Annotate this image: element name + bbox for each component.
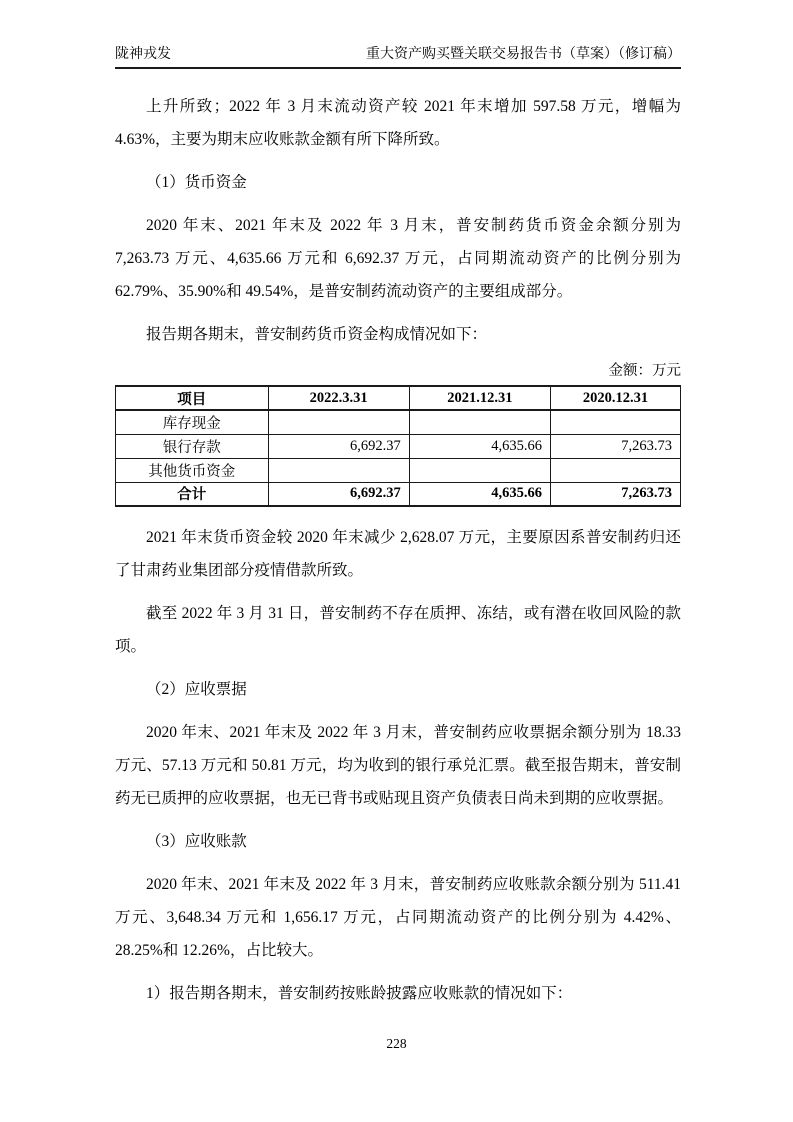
cell-value-2021: 4,635.66 — [409, 434, 550, 458]
column-header-item: 项目 — [116, 386, 269, 410]
accounts-receivable-paragraph: 2020 年末、2021 年末及 2022 年 3 月末，普安制药应收账款余额分… — [115, 868, 681, 967]
column-header-2020-12-31: 2020.12.31 — [551, 386, 681, 410]
cell-value-2022 — [268, 410, 409, 434]
column-header-2021-12-31: 2021.12.31 — [409, 386, 550, 410]
page-header: 陇神戎发 重大资产购买暨关联交易报告书（草案）（修订稿） — [115, 46, 681, 69]
notes-receivable-paragraph: 2020 年末、2021 年末及 2022 年 3 月末，普安制药应收票据余额分… — [115, 716, 681, 815]
currency-decrease-paragraph: 2021 年末货币资金较 2020 年末减少 2,628.07 万元，主要原因系… — [115, 521, 681, 587]
table-intro-paragraph: 报告期各期末，普安制药货币资金构成情况如下： — [115, 318, 681, 351]
page-number: 228 — [0, 1036, 793, 1052]
cell-item-label: 合计 — [116, 482, 269, 506]
currency-pledge-paragraph: 截至 2022 年 3 月 31 日，普安制药不存在质押、冻结，或有潜在收回风险… — [115, 597, 681, 663]
currency-balance-paragraph: 2020 年末、2021 年末及 2022 年 3 月末，普安制药货币资金余额分… — [115, 209, 681, 308]
document-page: 陇神戎发 重大资产购买暨关联交易报告书（草案）（修订稿） 上升所致；2022 年… — [0, 0, 793, 1122]
table-row-cash-on-hand: 库存现金 — [116, 410, 681, 434]
table-row-total: 合计 6,692.37 4,635.66 7,263.73 — [116, 482, 681, 506]
cell-value-2021: 4,635.66 — [409, 482, 550, 506]
cell-value-2022: 6,692.37 — [268, 482, 409, 506]
table-unit-label: 金额：万元 — [115, 361, 681, 381]
cell-item-label: 库存现金 — [116, 410, 269, 434]
cell-value-2020 — [551, 410, 681, 434]
section-heading-accounts-receivable: （3）应收账款 — [115, 825, 681, 858]
aging-intro-paragraph: 1）报告期各期末，普安制药按账龄披露应收账款的情况如下： — [115, 977, 681, 1010]
header-company-name: 陇神戎发 — [115, 46, 171, 64]
cell-value-2022 — [268, 458, 409, 482]
header-report-title: 重大资产购买暨关联交易报告书（草案）（修订稿） — [366, 46, 681, 64]
table-row-other-currency-funds: 其他货币资金 — [116, 458, 681, 482]
cell-item-label: 其他货币资金 — [116, 458, 269, 482]
page-content: 上升所致；2022 年 3 月末流动资产较 2021 年末增加 597.58 万… — [115, 90, 681, 1020]
intro-paragraph: 上升所致；2022 年 3 月末流动资产较 2021 年末增加 597.58 万… — [115, 90, 681, 156]
cell-value-2020: 7,263.73 — [551, 482, 681, 506]
cell-item-label: 银行存款 — [116, 434, 269, 458]
section-heading-currency-funds: （1）货币资金 — [115, 166, 681, 199]
cell-value-2020 — [551, 458, 681, 482]
cell-value-2020: 7,263.73 — [551, 434, 681, 458]
cell-value-2021 — [409, 410, 550, 434]
cell-value-2021 — [409, 458, 550, 482]
table-row-bank-deposits: 银行存款 6,692.37 4,635.66 7,263.73 — [116, 434, 681, 458]
table-header-row: 项目 2022.3.31 2021.12.31 2020.12.31 — [116, 386, 681, 410]
cell-value-2022: 6,692.37 — [268, 434, 409, 458]
column-header-2022-03-31: 2022.3.31 — [268, 386, 409, 410]
section-heading-notes-receivable: （2）应收票据 — [115, 673, 681, 706]
currency-composition-table: 项目 2022.3.31 2021.12.31 2020.12.31 库存现金 … — [115, 385, 681, 507]
